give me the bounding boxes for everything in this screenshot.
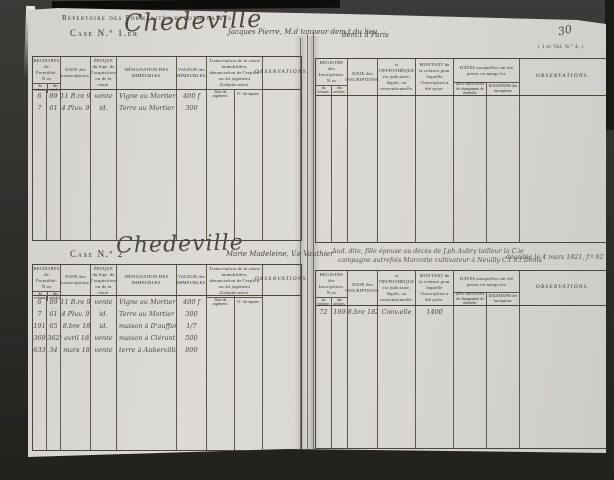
cell-article: 61 xyxy=(47,102,61,114)
empty-cell xyxy=(117,114,177,240)
cell-transcription-no xyxy=(235,308,263,320)
cell-epoque: vente xyxy=(91,90,117,102)
empty-cell xyxy=(454,318,487,448)
col-registre-subheader: du volume. des articles. xyxy=(316,85,347,95)
empty-cell xyxy=(454,96,487,242)
cell-epoque: id. xyxy=(91,308,117,320)
cell-article: 189 xyxy=(332,306,348,318)
cell-epoque: id. xyxy=(91,320,117,332)
empty-cell xyxy=(416,318,454,448)
case2-right-note-line1: Aud. dite, fille épouse au décès de J.ph… xyxy=(332,248,524,255)
cell-hypotheque: Conv.elle xyxy=(378,306,416,318)
cell-date: 4 Pluv. 9 xyxy=(61,102,91,114)
cell-transcription-no xyxy=(235,344,263,356)
cell-transcription-date xyxy=(207,90,235,102)
col-dates-marge: DATES auxquelles ont été prises en marge… xyxy=(454,59,520,95)
empty-cell xyxy=(61,114,91,240)
cell-article: 362 xyxy=(47,332,61,344)
cell-volume: 633 xyxy=(33,344,47,356)
cell-valeur: 300 xyxy=(177,308,207,320)
empty-ruled-rows xyxy=(33,114,301,240)
col-valeur: VALEUR des IMMEUBLES. xyxy=(177,265,207,295)
cell-designation: Terre au Mortier xyxy=(117,308,177,320)
case1-left-table-header: REGISTRES de Formalité. N.os du volume. … xyxy=(33,57,301,90)
col-observations-label: OBSERVATIONS. xyxy=(263,57,301,89)
empty-cell xyxy=(47,114,61,240)
cell-designation: Vigne au Mortier xyxy=(117,296,177,308)
cell-transcription-no xyxy=(235,320,263,332)
cell-observations xyxy=(263,344,301,356)
cell-declaration xyxy=(454,306,487,318)
cell-transcription-no xyxy=(235,296,263,308)
col-transcription-label: Transcription de la saisie immobilière, … xyxy=(207,57,262,89)
cell-transcription-no xyxy=(235,90,263,102)
cell-article: 34 xyxy=(47,344,61,356)
book-top-edge xyxy=(52,0,340,10)
scanned-register-spread: Répertoire des Formalités hypothécaires.… xyxy=(0,0,614,480)
cell-valeur: 400 f xyxy=(177,90,207,102)
folio-number-handwritten: 30 xyxy=(557,23,573,39)
col-designation-label: DÉSIGNATION DES IMMEUBLES. xyxy=(117,57,176,89)
cell-valeur: 300 xyxy=(177,102,207,114)
empty-cell xyxy=(207,356,235,450)
col-registres: REGISTRES de Formalité. N.os du volume. … xyxy=(33,265,61,295)
case1-right-table-header: REGISTRE des Inscriptions. N.os du volum… xyxy=(316,59,606,96)
table-row: 72 189 4 8.bre 1820 Conv.elle 1400 xyxy=(316,306,606,318)
empty-cell xyxy=(91,114,117,240)
empty-cell xyxy=(263,114,301,240)
cell-epoque: vente xyxy=(91,296,117,308)
subcol-radiations: RADIATIONS des inscriptions. xyxy=(487,293,519,305)
col-montant: MONTANT de la créance pour laquelle l'in… xyxy=(416,271,454,305)
cell-epoque: vente xyxy=(91,332,117,344)
col-hypotheque: si l'HYPOTHÈQUE est judiciaire, légale, … xyxy=(378,59,416,95)
col-registres-label: REGISTRES de Formalité. N.os xyxy=(33,265,60,291)
col-montant: MONTANT de la créance pour laquelle l'in… xyxy=(416,59,454,95)
printed-corner-reference: ( 1.er Vol. N.° 4. ) xyxy=(538,45,584,50)
col-montant-label: MONTANT de la créance pour laquelle l'in… xyxy=(416,59,453,95)
col-registre-inscriptions: REGISTRE des Inscriptions. N.os du volum… xyxy=(316,271,348,305)
col-designation: DÉSIGNATION DES IMMEUBLES. xyxy=(117,265,177,295)
subcol-volume: du volume. xyxy=(316,86,332,95)
table-row: 369 362 13 avril 1819 vente maison à Clé… xyxy=(33,332,301,344)
empty-ruled-rows xyxy=(316,96,606,242)
col-hypotheque-label: si l'HYPOTHÈQUE est judiciaire, légale, … xyxy=(378,271,415,305)
cell-observations xyxy=(520,306,606,318)
empty-cell xyxy=(61,356,91,450)
col-date-inscriptions: DATE des INSCRIPTIONS. xyxy=(348,271,378,305)
empty-cell xyxy=(520,318,606,448)
cell-transcription-date xyxy=(207,102,235,114)
cell-observations xyxy=(263,320,301,332)
cell-volume: 7 xyxy=(33,308,47,320)
book-page-spread: Répertoire des Formalités hypothécaires.… xyxy=(28,8,606,460)
cell-volume: 369 xyxy=(33,332,47,344)
cell-observations xyxy=(263,308,301,320)
col-dates-marge-subheader: DÉCLARATIONS de changement de domicile. … xyxy=(454,292,519,305)
table-row: 191 65 19 8.bre 1811 id. maison à D'auff… xyxy=(33,320,301,332)
cell-observations xyxy=(263,296,301,308)
col-observations-right-label: OBSERVATIONS. xyxy=(520,271,606,305)
cell-date: 11 B.re 9 xyxy=(61,296,91,308)
col-observations: OBSERVATIONS. xyxy=(263,57,301,89)
col-epoque: ÉPOQUE du legs, de l'acquisition ou de l… xyxy=(91,265,117,295)
col-registres-label: REGISTRES de Formalité. N.os xyxy=(33,57,60,83)
cell-valeur: 800 xyxy=(177,344,207,356)
empty-cell xyxy=(316,318,332,448)
col-designation: DÉSIGNATION DES IMMEUBLES. xyxy=(117,57,177,89)
col-observations-right: OBSERVATIONS. xyxy=(520,59,606,95)
cell-valeur: 1/7 xyxy=(177,320,207,332)
cell-transcription-date xyxy=(207,320,235,332)
cell-observations xyxy=(263,332,301,344)
col-transcription-label: Transcription de la saisie immobilière, … xyxy=(207,265,262,297)
col-observations-label: OBSERVATIONS. xyxy=(263,265,301,295)
empty-cell xyxy=(33,356,47,450)
empty-cell xyxy=(378,96,416,242)
col-epoque-label: ÉPOQUE du legs, de l'acquisition ou de l… xyxy=(91,265,116,297)
subcol-radiations: RADIATIONS des inscriptions. xyxy=(487,83,519,95)
case2-left-table: REGISTRES de Formalité. N.os du volume. … xyxy=(32,264,302,451)
col-dates-marge-label: DATES auxquelles ont été prises en marge… xyxy=(454,271,519,292)
cell-valeur: 400 f xyxy=(177,296,207,308)
subcol-articles: des articles. xyxy=(332,86,347,95)
empty-cell xyxy=(263,356,301,450)
cell-epoque: id. xyxy=(91,102,117,114)
cell-article: 61 xyxy=(47,308,61,320)
table-row: 6 89 11 B.re 9 vente Vigne au Mortier 40… xyxy=(33,296,301,308)
cell-volume: 72 xyxy=(316,306,332,318)
col-valeur: VALEUR des IMMEUBLES. xyxy=(177,57,207,89)
cell-date-inscription: 4 8.bre 1820 xyxy=(348,306,378,318)
empty-ruled-rows xyxy=(316,318,606,448)
col-date-inscriptions-label: DATE des INSCRIPTIONS. xyxy=(348,59,377,95)
case1-left-table: REGISTRES de Formalité. N.os du volume. … xyxy=(32,56,302,241)
empty-cell xyxy=(332,318,348,448)
empty-cell xyxy=(520,96,606,242)
col-date: DATE des transcriptions. xyxy=(61,57,91,89)
cell-volume: 6 xyxy=(33,90,47,102)
empty-cell xyxy=(117,356,177,450)
cell-article: 89 xyxy=(47,296,61,308)
empty-cell xyxy=(47,356,61,450)
table-row: 7 61 4 Pluv. 9 id. Terre au Mortier 300 xyxy=(33,308,301,320)
cell-designation: maison à D'auffargis xyxy=(117,320,177,332)
cell-transcription-no xyxy=(235,332,263,344)
case1-right-table: REGISTRE des Inscriptions. N.os du volum… xyxy=(315,58,607,243)
subcol-declarations: DÉCLARATIONS de changement de domicile. xyxy=(454,293,487,305)
cell-epoque: vente xyxy=(91,344,117,356)
empty-cell xyxy=(416,96,454,242)
empty-cell xyxy=(235,356,263,450)
cell-designation: Terre au Mortier xyxy=(117,102,177,114)
case2-right-table-header: REGISTRE des Inscriptions. N.os du volum… xyxy=(316,271,606,306)
cell-transcription-date xyxy=(207,296,235,308)
col-dates-marge-subheader: DÉCLARATIONS de changement de domicile. … xyxy=(454,82,519,95)
empty-cell xyxy=(235,114,263,240)
table-row: 6 89 11 B.re 9 vente Vigne au Mortier 40… xyxy=(33,90,301,102)
cell-date: 4 Pluv. 9 xyxy=(61,308,91,320)
col-observations: OBSERVATIONS. xyxy=(263,265,301,295)
empty-cell xyxy=(177,356,207,450)
cell-transcription-no xyxy=(235,102,263,114)
col-epoque: ÉPOQUE du legs, de l'acquisition ou de l… xyxy=(91,57,117,89)
col-date-inscriptions: DATE des INSCRIPTIONS. xyxy=(348,59,378,95)
col-date: DATE des transcriptions. xyxy=(61,265,91,295)
col-hypotheque-label: si l'HYPOTHÈQUE est judiciaire, légale, … xyxy=(378,59,415,95)
col-registre-label: REGISTRE des Inscriptions. N.os xyxy=(316,59,347,85)
cell-designation: terre à Aubervilliers xyxy=(117,344,177,356)
col-dates-marge: DATES auxquelles ont été prises en marge… xyxy=(454,271,520,305)
empty-cell xyxy=(207,114,235,240)
col-observations-right-label: OBSERVATIONS. xyxy=(520,59,606,95)
col-epoque-label: ÉPOQUE du legs, de l'acquisition ou de l… xyxy=(91,57,116,89)
col-valeur-label: VALEUR des IMMEUBLES. xyxy=(177,265,206,295)
background-shadow-right xyxy=(605,0,614,130)
empty-cell xyxy=(348,318,378,448)
empty-cell xyxy=(332,96,348,242)
col-date-label: DATE des transcriptions. xyxy=(61,57,90,89)
cell-observations xyxy=(263,102,301,114)
empty-cell xyxy=(348,96,378,242)
col-montant-label: MONTANT de la créance pour laquelle l'in… xyxy=(416,271,453,305)
cell-volume: 6 xyxy=(33,296,47,308)
binding-fold-line xyxy=(313,32,314,450)
case2-name-detail: Marie Madeleine, V.e Vauthier xyxy=(226,250,334,258)
case2-left-table-header: REGISTRES de Formalité. N.os du volume. … xyxy=(33,265,301,296)
cell-date: 11 B.re 9 xyxy=(61,90,91,102)
empty-cell xyxy=(33,114,47,240)
cell-montant: 1400 xyxy=(416,306,454,318)
binding-fold-line xyxy=(307,34,308,450)
cell-transcription-date xyxy=(207,344,235,356)
empty-cell xyxy=(177,114,207,240)
case2-name-handwritten: Chedeville xyxy=(116,230,244,258)
cell-article: 89 xyxy=(47,90,61,102)
col-registre-inscriptions: REGISTRE des Inscriptions. N.os du volum… xyxy=(316,59,348,95)
cell-date: 17 mars 1821 xyxy=(61,344,91,356)
cell-transcription-date xyxy=(207,308,235,320)
cell-radiation xyxy=(487,306,520,318)
cell-observations xyxy=(263,90,301,102)
cell-designation: Vigne au Mortier xyxy=(117,90,177,102)
cell-valeur: 500 xyxy=(177,332,207,344)
col-registres: REGISTRES de Formalité. N.os du volume. … xyxy=(33,57,61,89)
empty-cell xyxy=(316,96,332,242)
cell-article: 65 xyxy=(47,320,61,332)
col-registre-label: REGISTRE des Inscriptions. N.os xyxy=(316,271,347,297)
col-date-label: DATE des transcriptions. xyxy=(61,265,90,295)
col-observations-right: OBSERVATIONS. xyxy=(520,271,606,305)
empty-ruled-rows xyxy=(33,356,301,450)
empty-cell xyxy=(487,96,520,242)
table-row: 633 34 17 mars 1821 vente terre à Auberv… xyxy=(33,344,301,356)
empty-cell xyxy=(378,318,416,448)
cell-volume: 191 xyxy=(33,320,47,332)
subcol-declarations: DÉCLARATIONS de changement de domicile. xyxy=(454,83,487,95)
cell-date: 19 8.bre 1811 xyxy=(61,320,91,332)
col-date-inscriptions-label: DATE des INSCRIPTIONS. xyxy=(348,271,377,305)
cell-volume: 7 xyxy=(33,102,47,114)
table-row: 7 61 4 Pluv. 9 id. Terre au Mortier 300 xyxy=(33,102,301,114)
col-hypotheque: si l'HYPOTHÈQUE est judiciaire, légale, … xyxy=(378,271,416,305)
case2-right-note-line3: décédée le 4 mars 1821, f.º 92 n.º 107 xyxy=(506,254,614,261)
cell-date: 13 avril 1819 xyxy=(61,332,91,344)
cell-transcription-date xyxy=(207,332,235,344)
empty-cell xyxy=(91,356,117,450)
case2-right-table: REGISTRE des Inscriptions. N.os du volum… xyxy=(315,270,607,449)
cell-designation: maison à Clérant xyxy=(117,332,177,344)
col-designation-label: DÉSIGNATION DES IMMEUBLES. xyxy=(117,265,176,295)
col-valeur-label: VALEUR des IMMEUBLES. xyxy=(177,57,206,89)
case1-name-detail-right: dem.t à Paris xyxy=(342,31,389,39)
col-dates-marge-label: DATES auxquelles ont été prises en marge… xyxy=(454,59,519,82)
empty-cell xyxy=(487,318,520,448)
